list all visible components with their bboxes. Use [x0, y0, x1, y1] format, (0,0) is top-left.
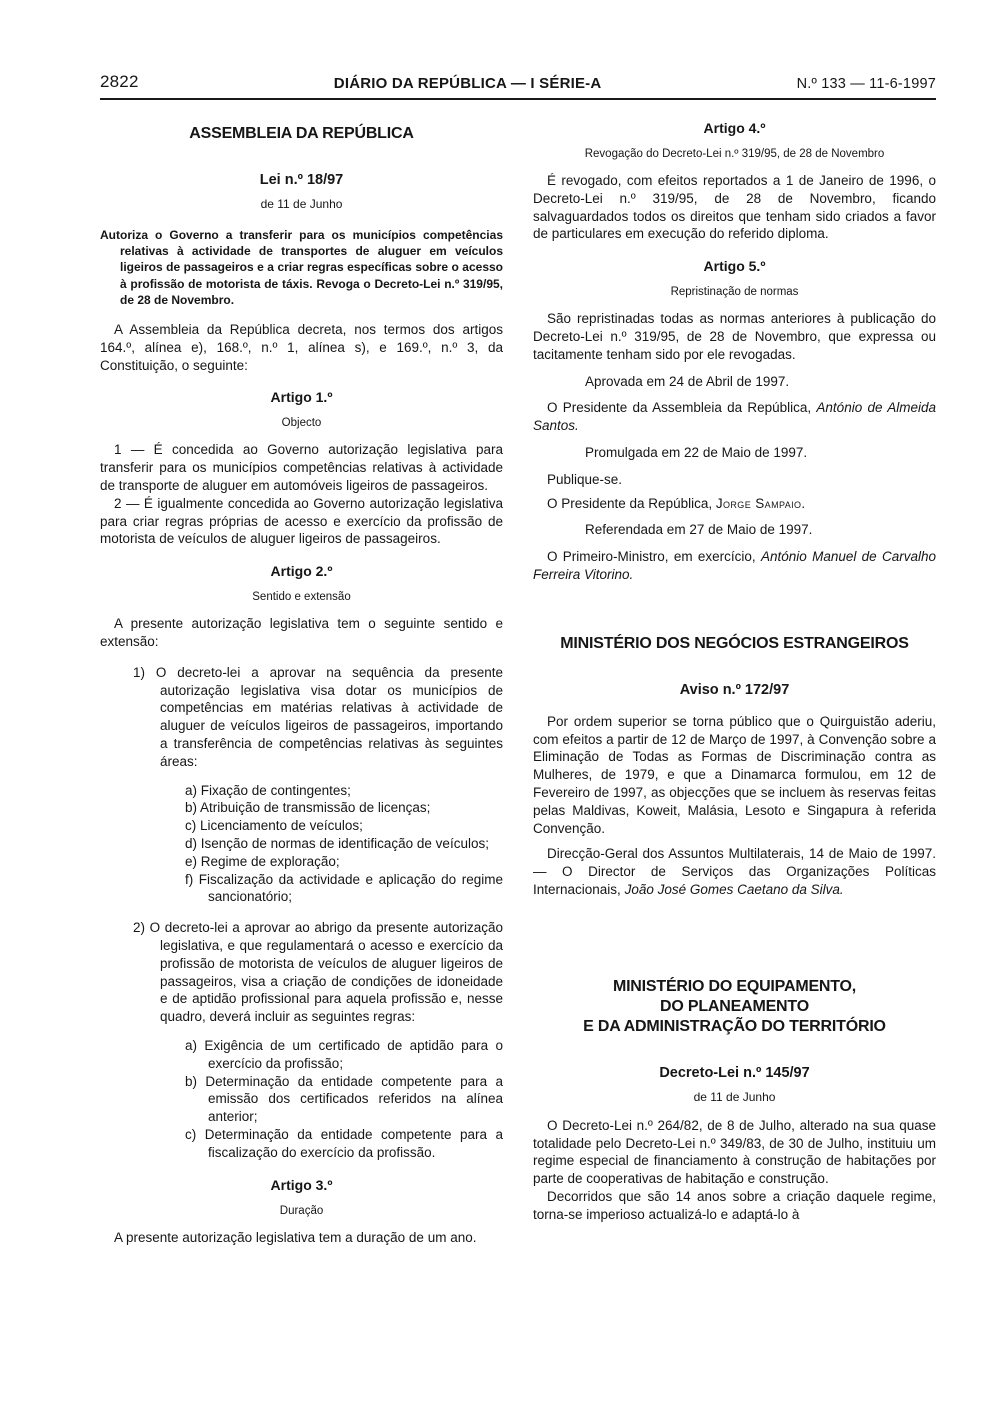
sublist-item-text: Determinação da entidade competente para… — [205, 1127, 503, 1160]
list-item-1: 1) O decreto-lei a aprovar na sequência … — [100, 664, 503, 771]
sublist-item-marker: e) — [185, 854, 197, 869]
section-title-line: DO PLANEAMENTO — [533, 997, 936, 1017]
section-title-assembleia: ASSEMBLEIA DA REPÚBLICA — [100, 124, 503, 144]
law-number: Lei n.º 18/97 — [100, 172, 503, 188]
journal-title: DIÁRIO DA REPÚBLICA — I SÉRIE-A — [334, 75, 602, 92]
artigo2-epigraph: Sentido e extensão — [100, 590, 503, 604]
artigo5-title: Artigo 5.º — [533, 258, 936, 274]
section-title-equipamento: MINISTÉRIO DO EQUIPAMENTO, DO PLANEAMENT… — [533, 977, 936, 1037]
sublist-item: f) Fiscalização da actividade e aplicaçã… — [100, 871, 503, 907]
signature-name: Jorge Sampaio. — [716, 496, 806, 511]
artigo3-paragraph: A presente autorização legislativa tem a… — [100, 1229, 503, 1247]
sublist-item-marker: a) — [185, 1038, 197, 1053]
sublist-item-marker: c) — [185, 818, 196, 833]
law-date: de 11 de Junho — [100, 197, 503, 211]
list-item-1-text: O decreto-lei a aprovar na sequência da … — [156, 665, 503, 769]
sublist-item-text: Atribuição de transmissão de licenças; — [200, 800, 430, 815]
artigo4-epigraph: Revogação do Decreto-Lei n.º 319/95, de … — [533, 147, 936, 161]
artigo5-epigraph: Repristinação de normas — [533, 285, 936, 299]
sublist-item: a) Fixação de contingentes; — [100, 782, 503, 800]
sublist-item: a) Exigência de um certificado de aptidã… — [100, 1037, 503, 1073]
decreto-paragraph-2: Decorridos que são 14 anos sobre a criaç… — [533, 1188, 936, 1224]
sublist-item-marker: d) — [185, 836, 197, 851]
list-item-1-marker: 1) — [133, 665, 145, 680]
artigo1-paragraph-2: 2 — É igualmente concedida ao Governo au… — [100, 495, 503, 548]
page-number: 2822 — [100, 72, 139, 92]
sublist-item-marker: a) — [185, 783, 197, 798]
gazette-page: 2822 DIÁRIO DA REPÚBLICA — I SÉRIE-A N.º… — [0, 0, 1000, 1417]
artigo1-paragraph-1: 1 — É concedida ao Governo autorização l… — [100, 441, 503, 494]
two-column-body: ASSEMBLEIA DA REPÚBLICA Lei n.º 18/97 de… — [100, 118, 936, 1246]
section-spacer — [533, 899, 936, 951]
preamble: A Assembleia da República decreta, nos t… — [100, 321, 503, 374]
issue-number: N.º 133 — 11-6-1997 — [797, 76, 936, 92]
section-title-negocios-estrangeiros: MINISTÉRIO DOS NEGÓCIOS ESTRANGEIROS — [533, 634, 936, 654]
page-header: 2822 DIÁRIO DA REPÚBLICA — I SÉRIE-A N.º… — [100, 72, 936, 100]
decreto-date: de 11 de Junho — [533, 1090, 936, 1104]
sublist-item-text: Licenciamento de veículos; — [200, 818, 363, 833]
list-item-2-text: O decreto-lei a aprovar ao abrigo da pre… — [150, 920, 503, 1024]
sublist-item: b) Determinação da entidade competente p… — [100, 1073, 503, 1126]
sublist-item-text: Exigência de um certificado de aptidão p… — [204, 1038, 503, 1071]
sublist-item: d) Isenção de normas de identificação de… — [100, 835, 503, 853]
assembly-president-signature: O Presidente da Assembleia da República,… — [533, 399, 936, 435]
section-spacer — [533, 584, 936, 628]
sublist-item-marker: b) — [185, 800, 197, 815]
sublist-item-text: Determinação da entidade competente para… — [205, 1074, 503, 1125]
publish-order: Publique-se. — [533, 471, 936, 489]
sublist-2: a) Exigência de um certificado de aptidã… — [100, 1037, 503, 1162]
aviso-signoff: Direcção-Geral dos Assuntos Multilaterai… — [533, 845, 936, 898]
list-item-2-marker: 2) — [133, 920, 145, 935]
aviso-paragraph: Por ordem superior se torna público que … — [533, 713, 936, 838]
artigo4-paragraph: É revogado, com efeitos reportados a 1 d… — [533, 172, 936, 243]
sublist-item-marker: b) — [185, 1074, 197, 1089]
republic-president-signature: O Presidente da República, Jorge Sampaio… — [533, 495, 936, 513]
artigo1-epigraph: Objecto — [100, 416, 503, 430]
signature-role: O Primeiro-Ministro, em exercício, — [547, 549, 761, 564]
artigo2-title: Artigo 2.º — [100, 563, 503, 579]
right-column: Artigo 4.º Revogação do Decreto-Lei n.º … — [533, 118, 936, 1246]
sublist-item: b) Atribuição de transmissão de licenças… — [100, 799, 503, 817]
signoff-name: João José Gomes Caetano da Silva. — [625, 882, 844, 897]
sublist-item-text: Fixação de contingentes; — [201, 783, 351, 798]
sublist-item: c) Licenciamento de veículos; — [100, 817, 503, 835]
artigo5-paragraph: São repristinadas todas as normas anteri… — [533, 310, 936, 363]
artigo2-intro: A presente autorização legislativa tem o… — [100, 615, 503, 651]
signature-role: O Presidente da Assembleia da República, — [547, 400, 816, 415]
sublist-item-marker: f) — [185, 872, 193, 887]
sublist-item-text: Fiscalização da actividade e aplicação d… — [199, 872, 503, 905]
list-item-2: 2) O decreto-lei a aprovar ao abrigo da … — [100, 919, 503, 1026]
approval-date-line: Aprovada em 24 de Abril de 1997. — [533, 373, 936, 391]
aviso-number: Aviso n.º 172/97 — [533, 682, 936, 698]
section-title-line: MINISTÉRIO DO EQUIPAMENTO, — [533, 977, 936, 997]
sublist-item: e) Regime de exploração; — [100, 853, 503, 871]
decreto-number: Decreto-Lei n.º 145/97 — [533, 1065, 936, 1081]
promulgation-date-line: Promulgada em 22 de Maio de 1997. — [533, 444, 936, 462]
law-summary: Autoriza o Governo a transferir para os … — [100, 227, 503, 308]
signature-role: O Presidente da República, — [547, 496, 716, 511]
section-title-line: E DA ADMINISTRAÇÃO DO TERRITÓRIO — [533, 1017, 936, 1037]
artigo3-epigraph: Duração — [100, 1204, 503, 1218]
prime-minister-signature: O Primeiro-Ministro, em exercício, Antón… — [533, 548, 936, 584]
sublist-item-marker: c) — [185, 1127, 196, 1142]
sublist-1: a) Fixação de contingentes; b) Atribuiçã… — [100, 782, 503, 907]
sublist-item-text: Regime de exploração; — [201, 854, 340, 869]
left-column: ASSEMBLEIA DA REPÚBLICA Lei n.º 18/97 de… — [100, 118, 503, 1246]
referendum-date-line: Referendada em 27 de Maio de 1997. — [533, 521, 936, 539]
artigo3-title: Artigo 3.º — [100, 1177, 503, 1193]
sublist-item: c) Determinação da entidade competente p… — [100, 1126, 503, 1162]
decreto-paragraph-1: O Decreto-Lei n.º 264/82, de 8 de Julho,… — [533, 1117, 936, 1188]
artigo4-title: Artigo 4.º — [533, 120, 936, 136]
sublist-item-text: Isenção de normas de identificação de ve… — [201, 836, 489, 851]
artigo1-title: Artigo 1.º — [100, 389, 503, 405]
